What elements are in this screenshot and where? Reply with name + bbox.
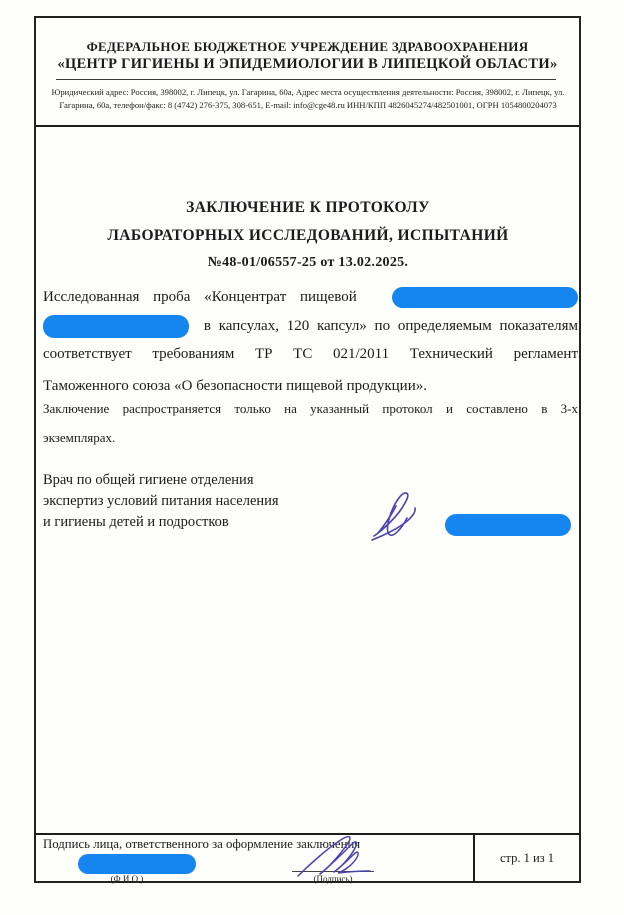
header-divider-thick <box>36 125 579 127</box>
doc-title-line2: ЛАБОРАТОРНЫХ ИССЛЕДОВАНИЙ, ИСПЫТАНИЙ <box>40 227 576 245</box>
body-line-2: в капсулах, 120 капсул» по определяемым … <box>43 314 578 338</box>
body-line-3: соответствует требованиям ТР ТС 021/2011… <box>43 346 578 370</box>
fio-label: (Ф.И.О.) <box>92 874 162 884</box>
signatory-title-line3: и гигиены детей и подростков <box>43 514 373 531</box>
body-line-1-text: Исследованная проба «Концентрат пищевой <box>43 289 357 306</box>
header-divider-thin <box>56 79 556 80</box>
redaction-box-3 <box>445 514 571 536</box>
redaction-box-2 <box>43 315 189 338</box>
note-line-1: Заключение распространяется только на ук… <box>43 401 578 425</box>
redaction-box-4 <box>78 854 196 874</box>
signature-ink <box>366 486 428 546</box>
org-name-line1: ФЕДЕРАЛЬНОЕ БЮДЖЕТНОЕ УЧРЕЖДЕНИЕ ЗДРАВОО… <box>36 39 579 55</box>
body-line-1: Исследованная проба «Концентрат пищевой <box>43 285 578 309</box>
note-line-2: экземплярах. <box>43 430 578 454</box>
protocol-number-date: №48-01/06557-25 от 13.02.2025. <box>40 255 576 271</box>
redaction-box-1 <box>392 287 578 308</box>
signatory-title-line1: Врач по общей гигиене отделения <box>43 472 373 489</box>
org-address: Юридический адрес: Россия, 398002, г. Ли… <box>40 86 576 111</box>
org-name-line2: «ЦЕНТР ГИГИЕНЫ И ЭПИДЕМИОЛОГИИ В ЛИПЕЦКО… <box>36 56 579 73</box>
signatory-title-line2: экспертиз условий питания населения <box>43 493 373 510</box>
document-page: ФЕДЕРАЛЬНОЕ БЮДЖЕТНОЕ УЧРЕЖДЕНИЕ ЗДРАВОО… <box>0 0 624 915</box>
body-line-2-text: в капсулах, 120 капсул» по определяемым … <box>204 318 578 335</box>
footer-caption: Подпись лица, ответственного за оформлен… <box>43 837 463 852</box>
body-line-4: Таможенного союза «О безопасности пищево… <box>43 378 578 402</box>
page-number: стр. 1 из 1 <box>475 851 579 866</box>
doc-title-line1: ЗАКЛЮЧЕНИЕ К ПРОТОКОЛУ <box>40 199 576 217</box>
signature-ink-footer <box>290 834 376 884</box>
